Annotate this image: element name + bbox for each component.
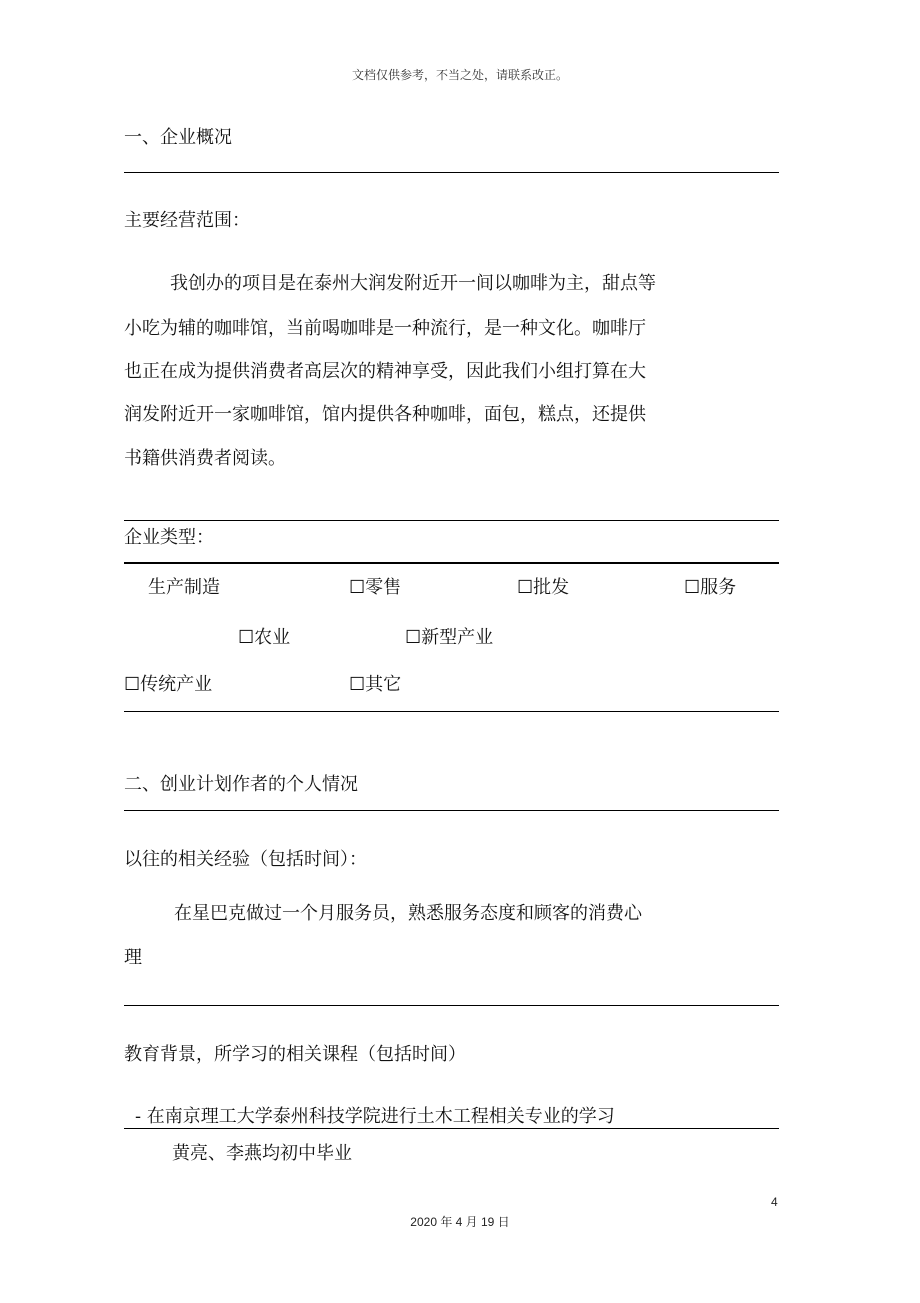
page-number: 4	[771, 1195, 778, 1209]
footer-date: 2020 年 4 月 19 日	[0, 1213, 920, 1230]
type-option-agriculture[interactable]: 农业	[238, 628, 290, 648]
divider	[124, 711, 779, 712]
divider	[124, 1128, 779, 1129]
type-option-wholesale[interactable]: 批发	[517, 578, 569, 598]
section-1-title: 一、企业概况	[124, 128, 232, 148]
education-label: 教育背景，所学习的相关课程（包括时间）	[124, 1045, 466, 1065]
scope-line: 小吃为辅的咖啡馆，当前喝咖啡是一种流行，是一种文化。咖啡厅	[124, 319, 646, 339]
type-option-traditional-industry[interactable]: 传统产业	[124, 675, 212, 695]
type-option-retail[interactable]: 零售	[349, 578, 401, 598]
business-scope-label: 主要经营范围：	[124, 211, 250, 231]
education-line: - 在南京理工大学泰州科技学院进行土木工程相关专业的学习	[135, 1107, 615, 1127]
scope-line: 润发附近开一家咖啡馆，馆内提供各种咖啡，面包，糕点，还提供	[124, 405, 646, 425]
scope-line: 书籍供消费者阅读。	[124, 449, 286, 469]
divider	[124, 1005, 779, 1006]
type-option-new-industry[interactable]: 新型产业	[405, 628, 493, 648]
header-disclaimer: 文档仅供参考，不当之处，请联系改正。	[0, 66, 920, 83]
type-option-manufacturing: 生产制造	[148, 578, 220, 598]
type-option-service[interactable]: 服务	[684, 578, 736, 598]
divider	[124, 562, 779, 564]
scope-line: 我创办的项目是在泰州大润发附近开一间以咖啡为主，甜点等	[170, 274, 656, 294]
type-option-other[interactable]: 其它	[349, 675, 401, 695]
divider	[124, 172, 779, 173]
education-line: 黄亮、李燕均初中毕业	[172, 1144, 352, 1164]
experience-line: 理	[124, 948, 142, 968]
scope-line: 也正在成为提供消费者高层次的精神享受，因此我们小组打算在大	[124, 362, 646, 382]
divider	[124, 520, 779, 521]
experience-line: 在星巴克做过一个月服务员，熟悉服务态度和顾客的消费心	[174, 904, 642, 924]
divider	[124, 810, 779, 811]
section-2-title: 二、创业计划作者的个人情况	[124, 775, 358, 795]
business-type-label: 企业类型：	[124, 528, 214, 548]
experience-label: 以往的相关经验（包括时间）：	[124, 850, 367, 870]
